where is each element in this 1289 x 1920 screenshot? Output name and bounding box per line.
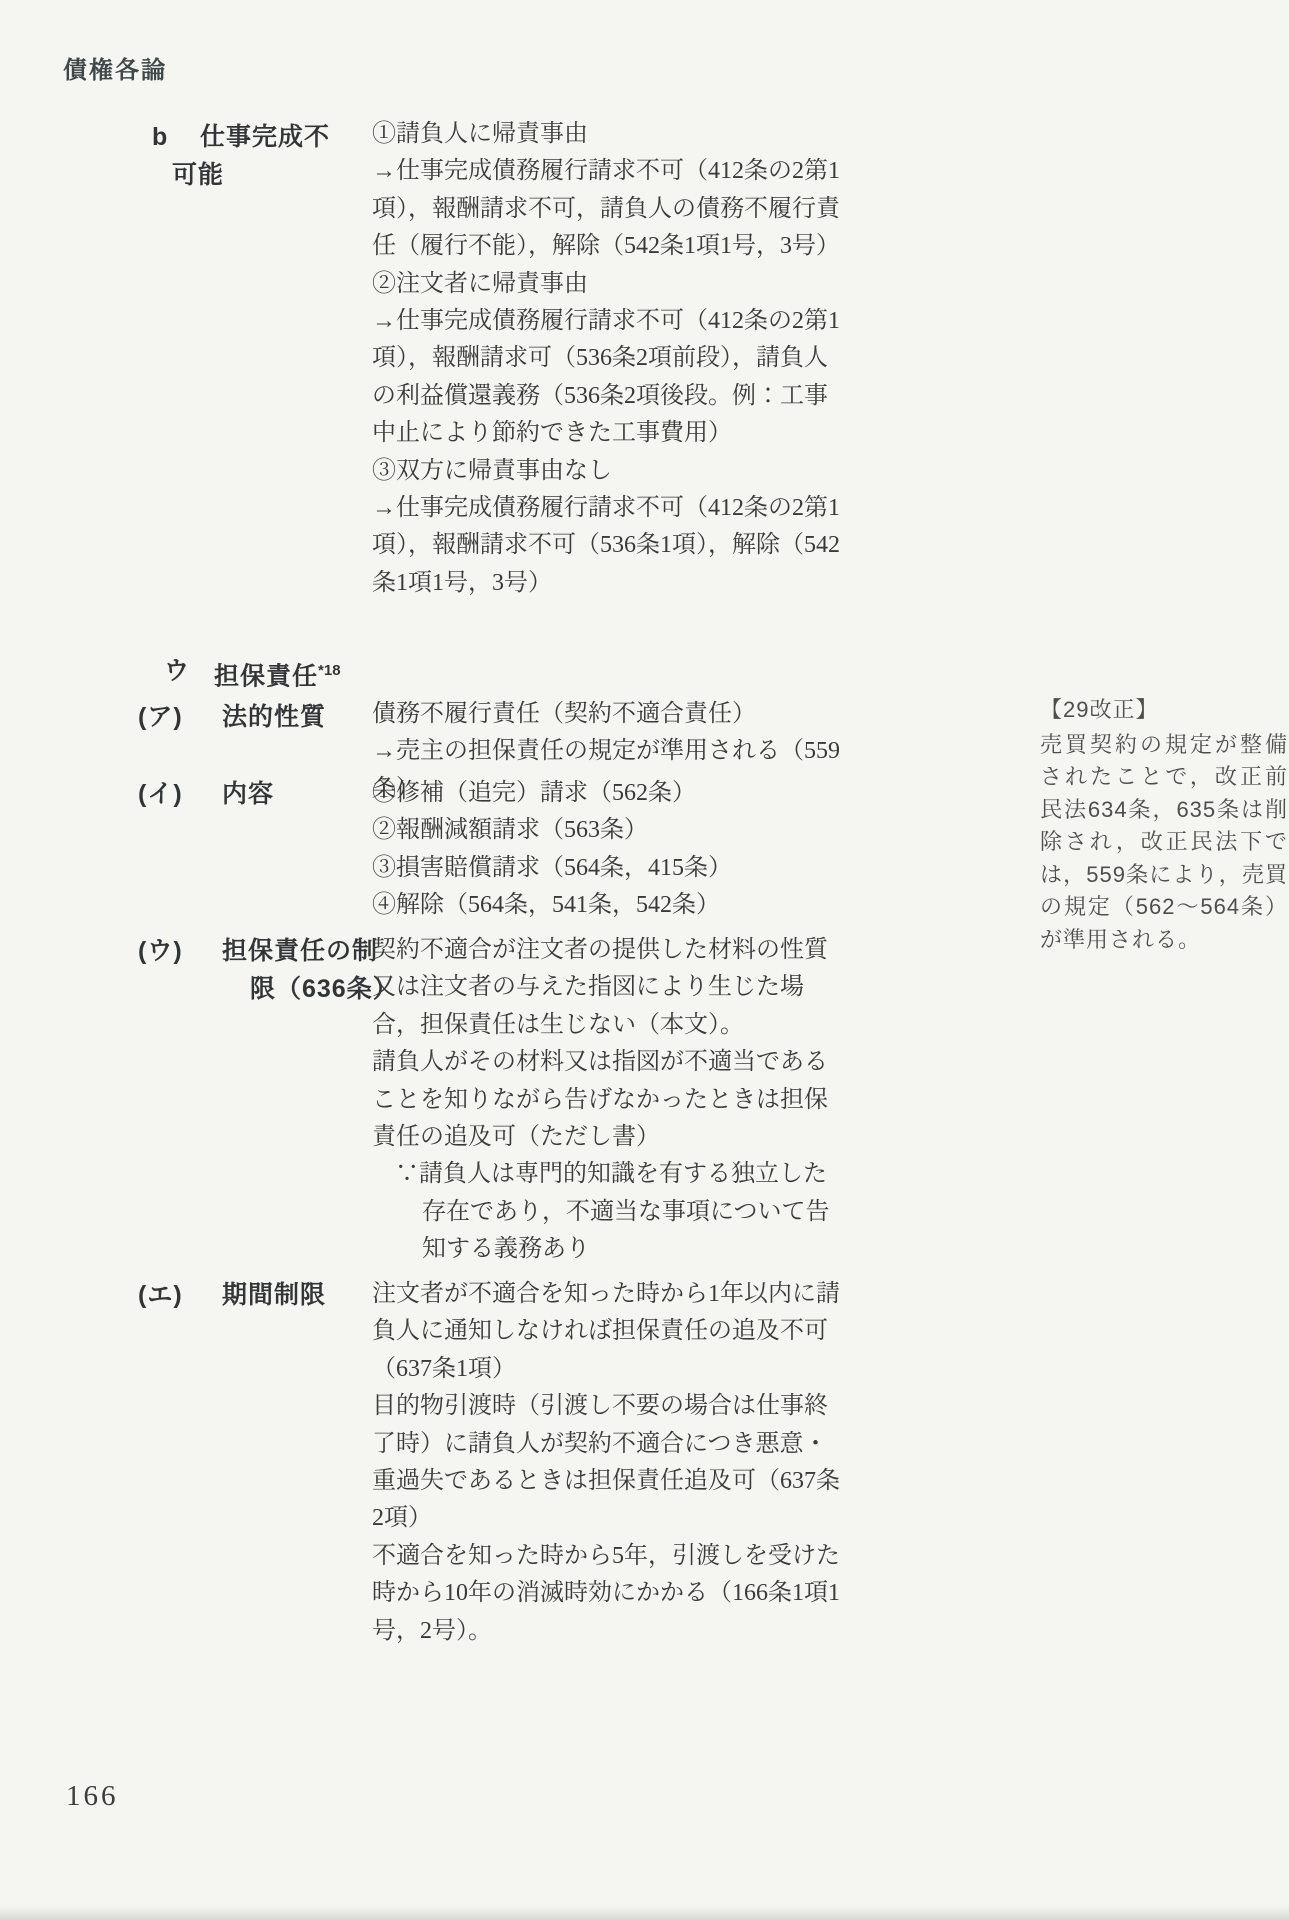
paragraph: ③双方に帰責事由なし <box>372 453 842 490</box>
sub-w-title: 担保責任の制限（636条） <box>222 932 395 1008</box>
sub-a-title: 法的性質 <box>222 698 326 736</box>
paragraph: →仕事完成債務履行請求不可（412条の2第1項），報酬請求可（536条2項前段）… <box>372 303 842 453</box>
paragraph: ②報酬減額請求（563条） <box>372 812 842 849</box>
section-u-title: 担保責任 <box>214 662 318 690</box>
running-head: 債権各論 <box>63 50 167 85</box>
sub-i-content: ①修補（追完）請求（562条） ②報酬減額請求（563条） ③損害賠償請求（56… <box>372 775 842 925</box>
section-u-marker: ウ <box>164 652 190 690</box>
section-b-marker: b <box>152 118 168 156</box>
footnote-reference: *18 <box>318 662 341 679</box>
paragraph: →仕事完成債務履行請求不可（412条の2第1項），報酬請求不可（536条1項），… <box>372 490 842 602</box>
sub-e-marker: (エ) <box>138 1276 183 1314</box>
sub-e-title: 期間制限 <box>222 1276 326 1314</box>
book-page: 債権各論 b 仕事完成不可能 ①請負人に帰責事由 →仕事完成債務履行請求不可（4… <box>0 0 1289 1920</box>
sub-w-marker: (ウ) <box>138 932 183 970</box>
sub-a-marker: (ア) <box>138 698 183 736</box>
sub-i-title: 内容 <box>222 775 274 813</box>
section-b-title: 仕事完成不可能 <box>172 118 352 194</box>
margin-note-body: 売買契約の規定が整備されたことで，改正前民法634条，635条は削除され，改正民… <box>1040 729 1288 957</box>
paragraph: ②注文者に帰責事由 <box>372 266 842 303</box>
margin-note-tag: 【29改正】 <box>1040 694 1288 727</box>
page-number: 166 <box>66 1780 119 1813</box>
paragraph: →仕事完成債務履行請求不可（412条の2第1項），報酬請求不可，請負人の債務不履… <box>372 153 842 265</box>
paragraph: ①修補（追完）請求（562条） <box>372 775 842 812</box>
paragraph: 請負人がその材料又は指図が不適当であることを知りながら告げなかったときは担保責任… <box>372 1044 842 1156</box>
paragraph: ③損害賠償請求（564条，415条） <box>372 850 842 887</box>
paragraph: 不適合を知った時から5年，引渡しを受けた時から10年の消滅時効にかかる（166条… <box>372 1538 842 1650</box>
paragraph: 債務不履行責任（契約不適合責任） <box>372 696 842 733</box>
sub-e-content: 注文者が不適合を知った時から1年以内に請負人に通知しなければ担保責任の追及不可（… <box>372 1276 842 1650</box>
sub-i-marker: (イ) <box>138 775 183 813</box>
paragraph: ④解除（564条，541条，542条） <box>372 887 842 924</box>
margin-note: 【29改正】 売買契約の規定が整備されたことで，改正前民法634条，635条は削… <box>1040 694 1288 956</box>
paragraph: 目的物引渡時（引渡し不要の場合は仕事終了時）に請負人が契約不適合につき悪意・重過… <box>372 1388 842 1538</box>
sub-w-content: 契約不適合が注文者の提供した材料の性質又は注文者の与えた指図により生じた場合，担… <box>372 932 842 1269</box>
section-b-content: ①請負人に帰責事由 →仕事完成債務履行請求不可（412条の2第1項），報酬請求不… <box>372 116 842 602</box>
section-u-heading: 担保責任*18 <box>214 652 341 695</box>
paragraph: 契約不適合が注文者の提供した材料の性質又は注文者の与えた指図により生じた場合，担… <box>372 932 842 1044</box>
paragraph: ①請負人に帰責事由 <box>372 116 842 153</box>
paragraph: 注文者が不適合を知った時から1年以内に請負人に通知しなければ担保責任の追及不可（… <box>372 1276 842 1388</box>
reason-note: ∵請負人は専門的知識を有する独立した存在であり，不適当な事項について告知する義務… <box>372 1156 842 1268</box>
